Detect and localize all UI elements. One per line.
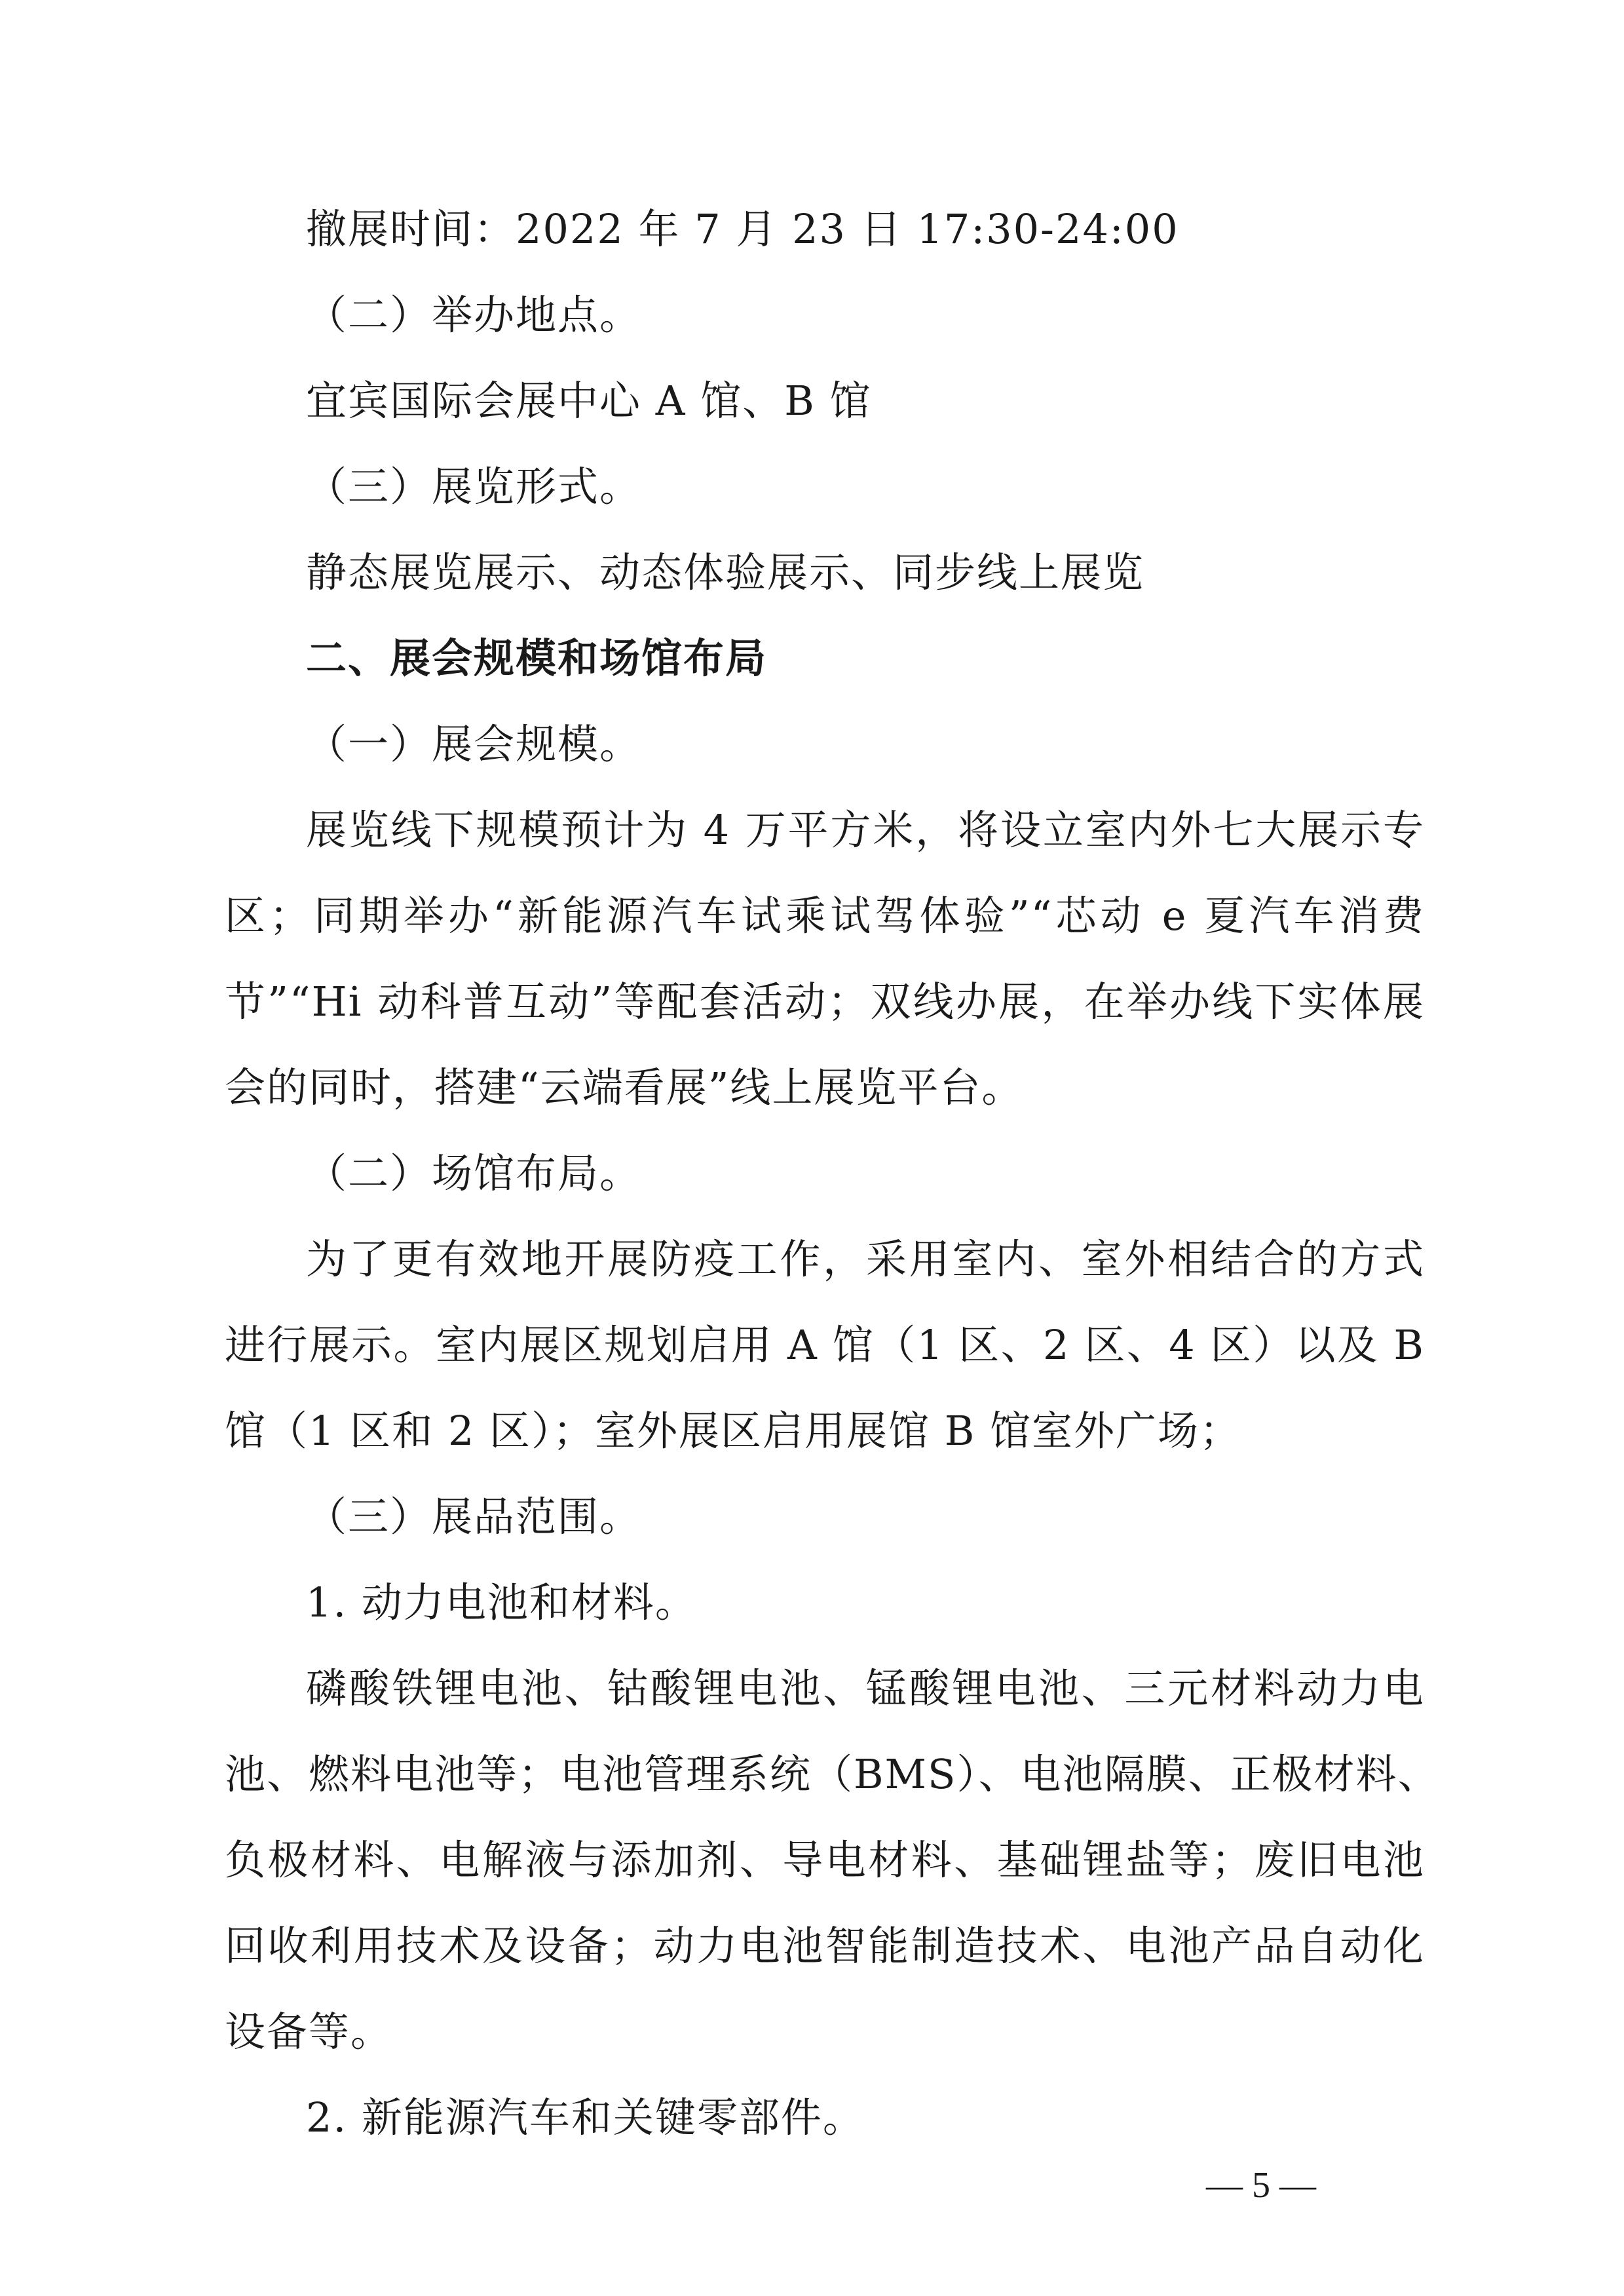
subheading-exhibit-scope: （三）展品范围。 bbox=[306, 1491, 1425, 1543]
item-2-heading: 2. 新能源汽车和关键零部件。 bbox=[306, 2092, 1425, 2144]
scale-paragraph-line-1: 展览线下规模预计为 4 万平方米，将设立室内外七大展示专 bbox=[306, 804, 1425, 856]
subheading-exhibition-form: （三）展览形式。 bbox=[306, 461, 1425, 513]
subheading-venue: （二）举办地点。 bbox=[306, 289, 1425, 341]
scale-paragraph-line-3: 节”“Hi 动科普互动”等配套活动；双线办展，在举办线下实体展 bbox=[225, 976, 1425, 1028]
layout-paragraph-line-3: 馆（1 区和 2 区）；室外展区启用展馆 B 馆室外广场； bbox=[225, 1405, 1425, 1457]
item-1-paragraph-line-4: 回收利用技术及设备；动力电池智能制造技术、电池产品自动化 bbox=[225, 1920, 1425, 1972]
layout-paragraph-line-1: 为了更有效地开展防疫工作，采用室内、室外相结合的方式 bbox=[306, 1233, 1425, 1286]
subheading-scale: （一）展会规模。 bbox=[306, 718, 1425, 771]
item-1-paragraph-line-1: 磷酸铁锂电池、钴酸锂电池、锰酸锂电池、三元材料动力电 bbox=[306, 1662, 1425, 1715]
item-1-paragraph-line-2: 池、燃料电池等；电池管理系统（BMS）、电池隔膜、正极材料、 bbox=[225, 1748, 1425, 1801]
item-1-heading: 1. 动力电池和材料。 bbox=[306, 1577, 1425, 1629]
scale-paragraph-line-2: 区；同期举办“新能源汽车试乘试驾体验”“芯动 e 夏汽车消费 bbox=[225, 890, 1425, 942]
exhibition-form-text: 静态展览展示、动态体验展示、同步线上展览 bbox=[306, 546, 1425, 599]
item-1-paragraph-line-5: 设备等。 bbox=[225, 2006, 1425, 2058]
scale-paragraph-line-4: 会的同时，搭建“云端看展”线上展览平台。 bbox=[225, 1062, 1425, 1114]
layout-paragraph-line-2: 进行展示。室内展区规划启用 A 馆（1 区、2 区、4 区）以及 B bbox=[225, 1319, 1425, 1371]
item-1-paragraph-line-3: 负极材料、电解液与添加剂、导电材料、基础锂盐等；废旧电池 bbox=[225, 1834, 1425, 1886]
teardown-time-line: 撤展时间：2022 年 7 月 23 日 17:30-24:00 bbox=[306, 203, 1425, 256]
subheading-venue-layout: （二）场馆布局。 bbox=[306, 1147, 1425, 1200]
page-number: — 5 — bbox=[1189, 2162, 1333, 2208]
venue-text: 宜宾国际会展中心 A 馆、B 馆 bbox=[306, 375, 1425, 427]
section-heading-scale-layout: 二、展会规模和场馆布局 bbox=[306, 632, 1425, 685]
